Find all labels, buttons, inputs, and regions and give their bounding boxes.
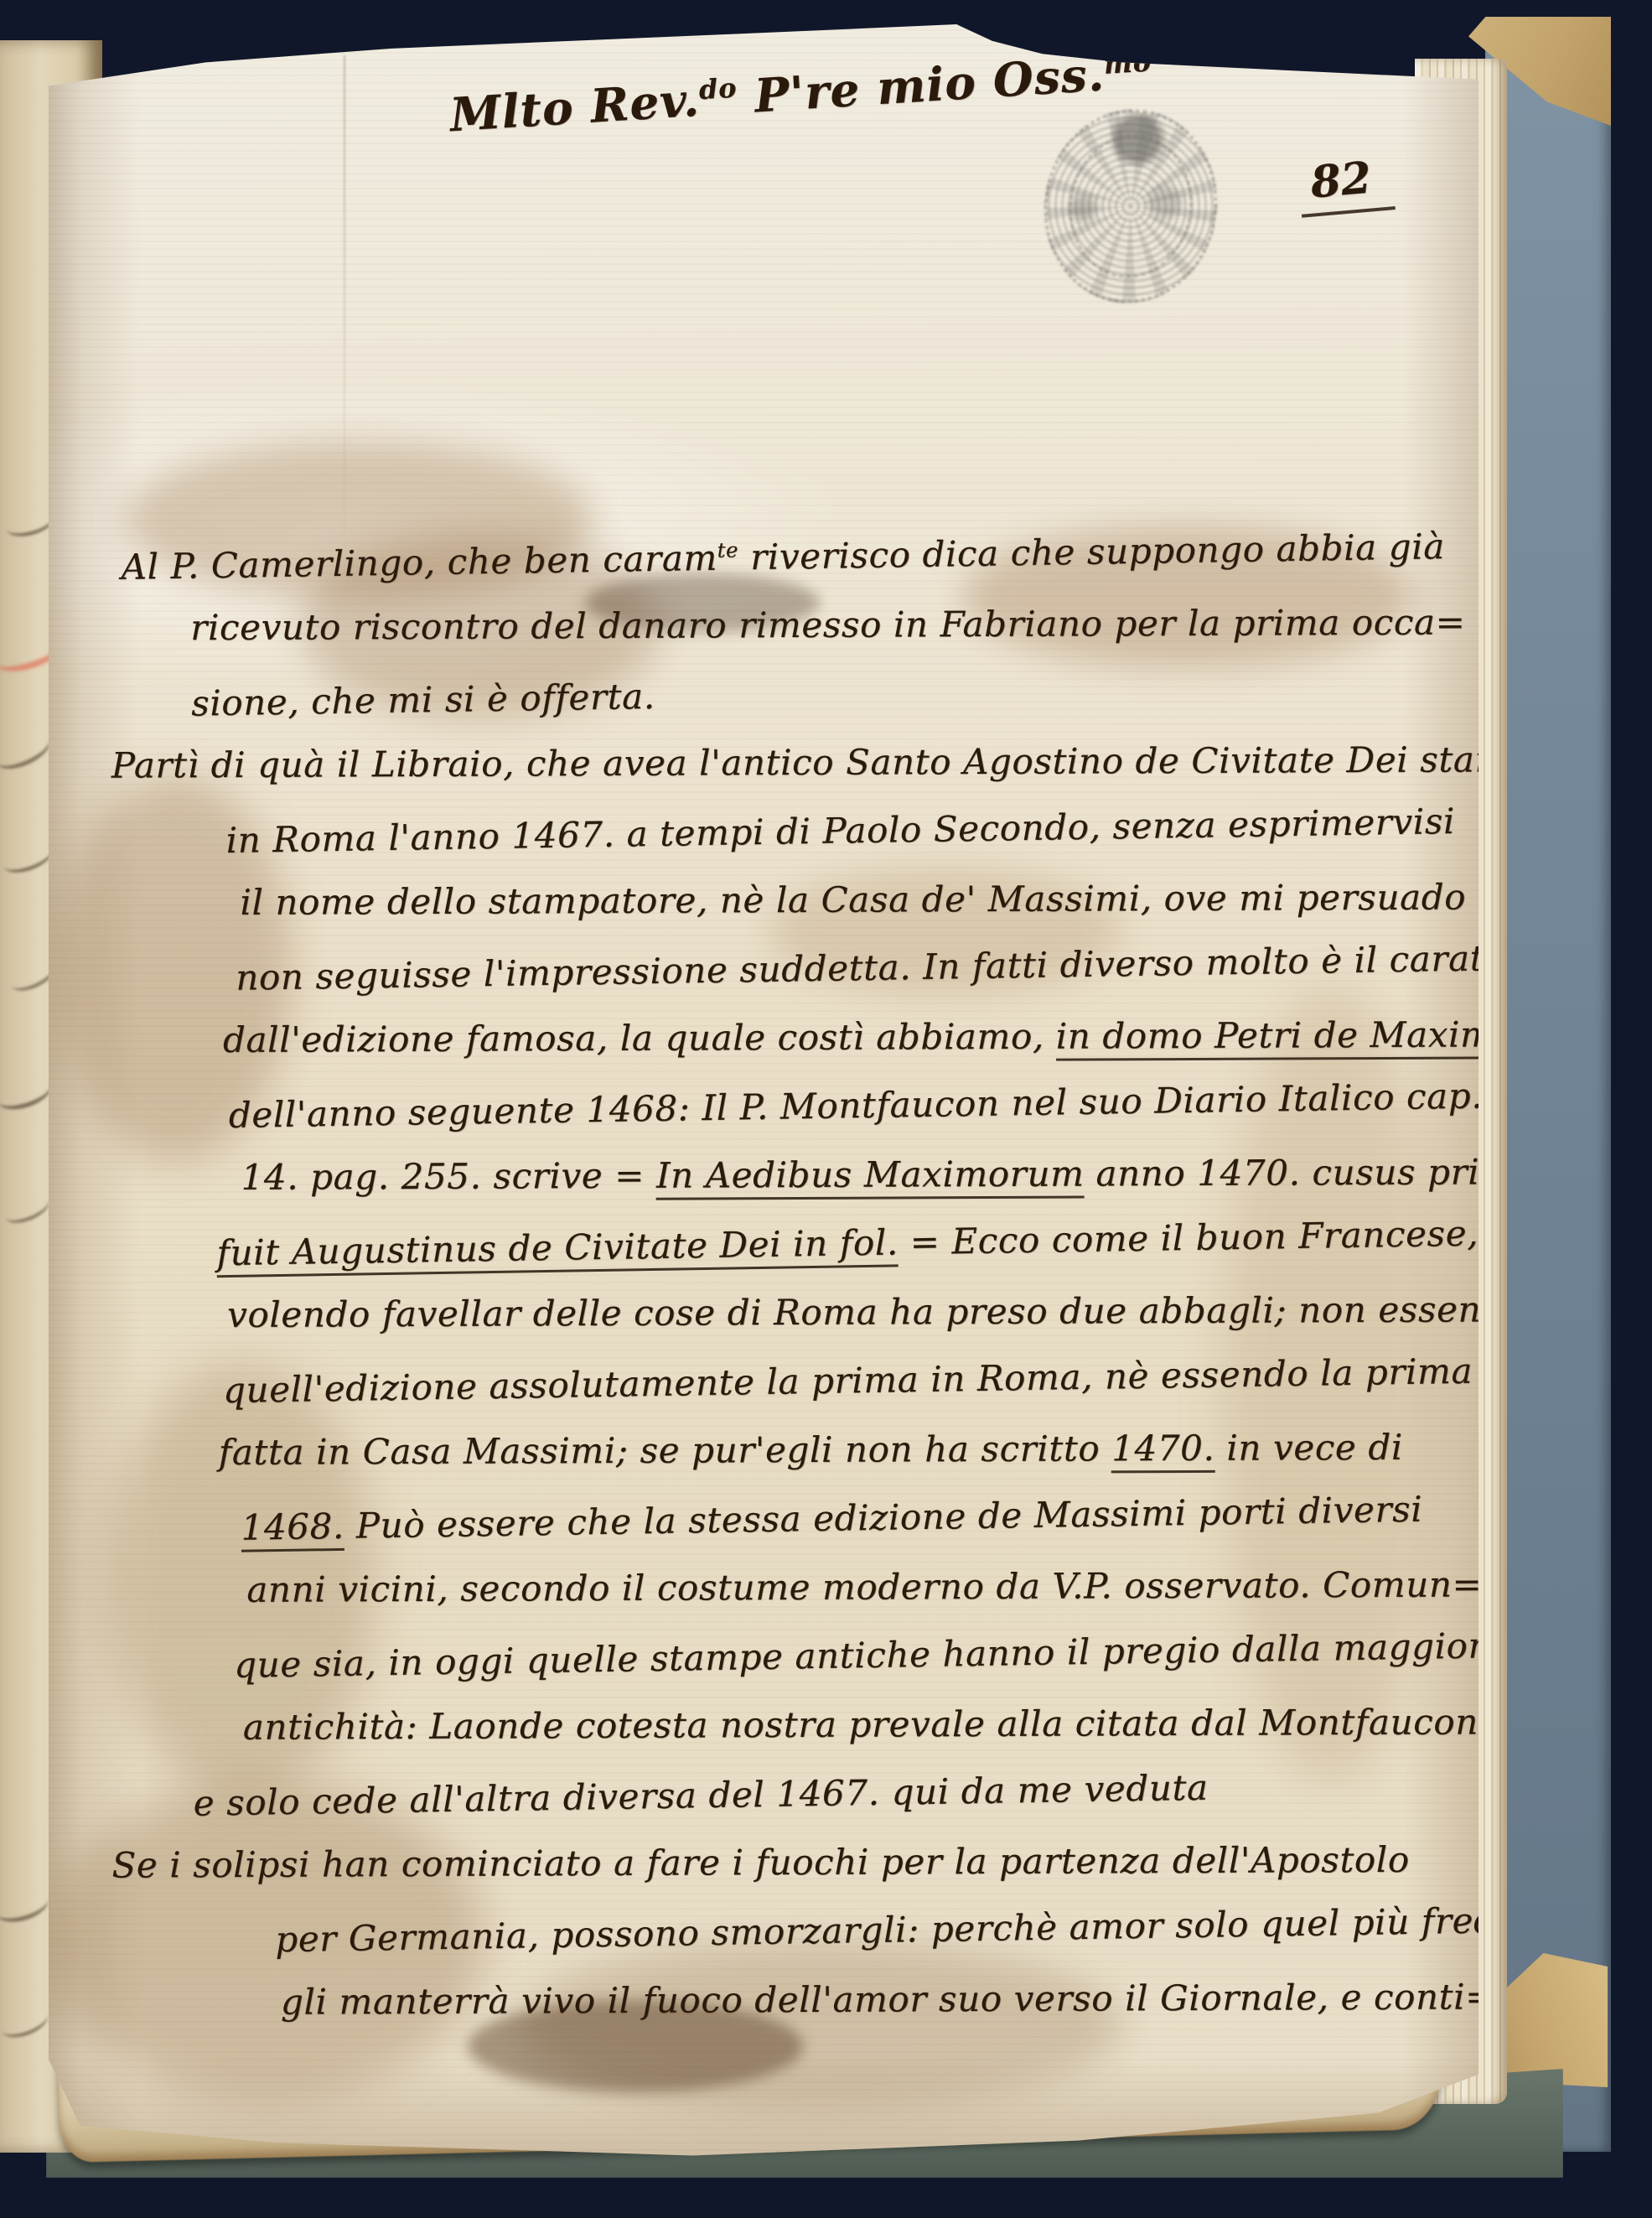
text-segment: ricevuto riscontro del danaro rimesso in…: [190, 602, 1465, 649]
text-segment: gli manterrà vivo il fuoco dell'amor suo…: [281, 1976, 1495, 2022]
text-segment: per Germania, possono smorzargli: perchè…: [275, 1897, 1652, 1960]
body-lines: Al P. Camerlingo, che ben caramte riveri…: [109, 508, 1531, 2041]
text-segment: in Roma l'anno 1467. a tempi di Paolo Se…: [225, 801, 1455, 861]
text-segment: dell'anno seguente 1468: Il P. Montfauco…: [228, 1075, 1483, 1135]
text-segment: que sia, in oggi quelle stampe antiche h…: [234, 1625, 1507, 1686]
underlined-text: 1470.: [1111, 1428, 1214, 1474]
ghost-text-fragment: [0, 725, 55, 775]
underlined-text: In Aedibus Maximorum: [656, 1153, 1085, 1200]
text-segment: dall'edizione famosa, la quale costì abb…: [223, 1016, 1056, 1060]
text-segment: sione, che mi si è offerta.: [191, 676, 655, 724]
underlined-text: fuit Augustinus de Civitate Dei in fol.: [216, 1221, 899, 1277]
text-segment: in vece di: [1214, 1427, 1403, 1469]
text-segment: Può essere che la stessa edizione de Mas…: [344, 1489, 1422, 1547]
manuscript-page: Mlto Rev.do P're mio Oss.mo 82 Al P. Cam…: [49, 22, 1479, 2158]
ghost-text-fragment: [0, 1886, 51, 1927]
salutation: Mlto Rev.do P're mio Oss.mo: [448, 44, 1154, 143]
paper-crease: [344, 55, 345, 575]
text-segment: mo: [1103, 45, 1152, 80]
text-segment: P're mio Oss.: [736, 46, 1106, 123]
text-segment: anno 1470. cusus primo: [1084, 1151, 1535, 1194]
text-segment: = Ecco come il buon Francese,: [898, 1213, 1479, 1263]
text-segment: riverisco dica che suppongo abbia già: [738, 526, 1445, 578]
text-segment: antichità: Laonde cotesta nostra prevale…: [243, 1701, 1490, 1747]
text-segment: il nome dello stampatore, nè la Casa de'…: [240, 876, 1542, 923]
manuscript-line: Al P. Camerlingo, che ben caramte riveri…: [109, 504, 1518, 602]
text-segment: Mlto Rev.: [448, 72, 702, 143]
ghost-text-fragment: [1, 1189, 53, 1229]
text-segment: volendo favellar delle cose di Roma ha p…: [227, 1288, 1526, 1335]
photograph-of-manuscript: Mlto Rev.do P're mio Oss.mo 82 Al P. Cam…: [0, 0, 1652, 2218]
folio-number: 82: [1297, 150, 1396, 218]
underlined-text: in domo Petri de Maximo: [1056, 1013, 1516, 1060]
ghost-text-fragment: [0, 837, 56, 878]
text-segment: anni vicini, secondo il costume moderno …: [246, 1563, 1482, 1609]
text-segment: non seguisse l'impressione suddetta. In …: [236, 936, 1560, 998]
manuscript-line: gli manterrà vivo il fuoco dell'amor suo…: [123, 1962, 1531, 2037]
text-segment: fatta in Casa Massimi; se pur'egli non h…: [219, 1428, 1112, 1473]
text-segment: e solo cede all'altra diversa del 1467. …: [193, 1767, 1209, 1824]
text-segment: 14. pag. 255. scrive =: [241, 1155, 656, 1198]
underlined-text: 1468.: [241, 1505, 344, 1552]
text-segment: Al P. Camerlingo, che ben caram: [121, 537, 717, 588]
text-segment: te: [717, 537, 738, 562]
text-segment: quell'edizione assolutamente la prima in…: [223, 1350, 1473, 1411]
text-segment: do: [698, 71, 738, 106]
ghost-text-fragment: [0, 2003, 51, 2043]
library-stamp: [1030, 96, 1231, 315]
ghost-text-fragment: [0, 1072, 54, 1116]
text-segment: Se i solipsi han cominciato a fare i fuo…: [111, 1839, 1409, 1886]
text-segment: Partì di quà il Libraio, che avea l'anti…: [111, 738, 1590, 786]
